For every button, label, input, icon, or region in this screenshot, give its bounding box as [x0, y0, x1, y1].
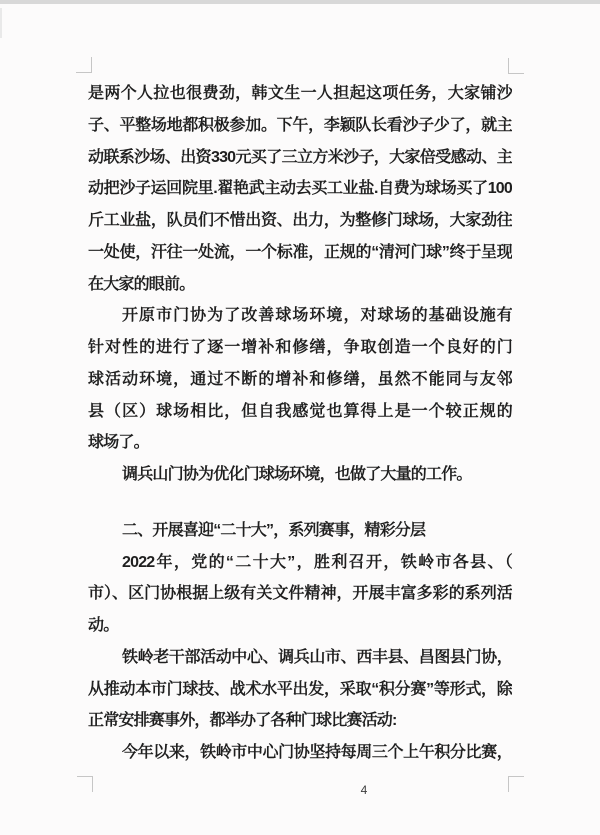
- text-boundary-mark-top-left: [76, 57, 92, 73]
- text-line: 球场了。: [88, 427, 512, 459]
- text-line: 斤工业盐，队员们不惜出资、出力，为整修门球场，大家劲往: [88, 205, 512, 237]
- text-line: 市）、区门协根据上级有关文件精神，开展丰富多彩的系列活: [88, 578, 512, 610]
- text-boundary-mark-bottom-left: [77, 776, 93, 792]
- text-line: 一处使，汗往一处流，一个标准，正规的“清河门球”终于呈现: [88, 237, 512, 269]
- text-line: 是两个人拉也很费劲，韩文生一人担起这项任务，大家铺沙: [88, 78, 512, 110]
- text-line: 球活动环境，通过不断的增补和修缮，虽然不能同与友邻: [88, 364, 512, 396]
- text-line: 县（区）球场相比，但自我感觉也算得上是一个较正规的: [88, 396, 512, 428]
- text-line: 动联系沙场、出资330元买了三立方米沙子，大家倍受感动、主: [88, 142, 512, 174]
- text-line: 从推动本市门球技、战术水平出发，采取“积分赛”等形式，除: [88, 674, 512, 706]
- text-line: 调兵山门协为优化门球场环境，也做了大量的工作。: [88, 459, 512, 491]
- text-line: 今年以来，铁岭市中心门协坚持每周三个上午积分比赛，: [88, 737, 512, 769]
- text-line: 动。: [88, 610, 512, 642]
- screenshot-top-bar: [0, 0, 600, 4]
- text-line: 正常安排赛事外，都举办了各种门球比赛活动:: [88, 705, 512, 737]
- text-line: 针对性的进行了逐一增补和修缮，争取创造一个良好的门: [88, 332, 512, 364]
- text-line: 2022年，党的“二十大”，胜利召开，铁岭市各县、（: [88, 547, 512, 579]
- text-line: 铁岭老干部活动中心、调兵山市、西丰县、昌图县门协，: [88, 642, 512, 674]
- blank-line: [88, 491, 512, 515]
- document-page-body: 是两个人拉也很费劲，韩文生一人担起这项任务，大家铺沙 子、平整场地都积极参加。下…: [88, 78, 512, 769]
- text-line: 在大家的眼前。: [88, 269, 512, 301]
- text-line: 子、平整场地都积极参加。下午，李颖队长看沙子少了，就主: [88, 110, 512, 142]
- text-boundary-mark-top-right: [508, 58, 524, 74]
- text-line: 动把沙子运回院里.翟艳武主动去买工业盐.自费为球场买了100: [88, 173, 512, 205]
- page-number: 4: [352, 783, 376, 797]
- text-boundary-mark-bottom-right: [508, 776, 524, 792]
- section-heading: 二、开展喜迎“二十大”，系列赛事，精彩分层: [88, 515, 512, 547]
- text-line: 开原市门协为了改善球场环境，对球场的基础设施有: [88, 300, 512, 332]
- scan-edge-artifact: [0, 8, 2, 38]
